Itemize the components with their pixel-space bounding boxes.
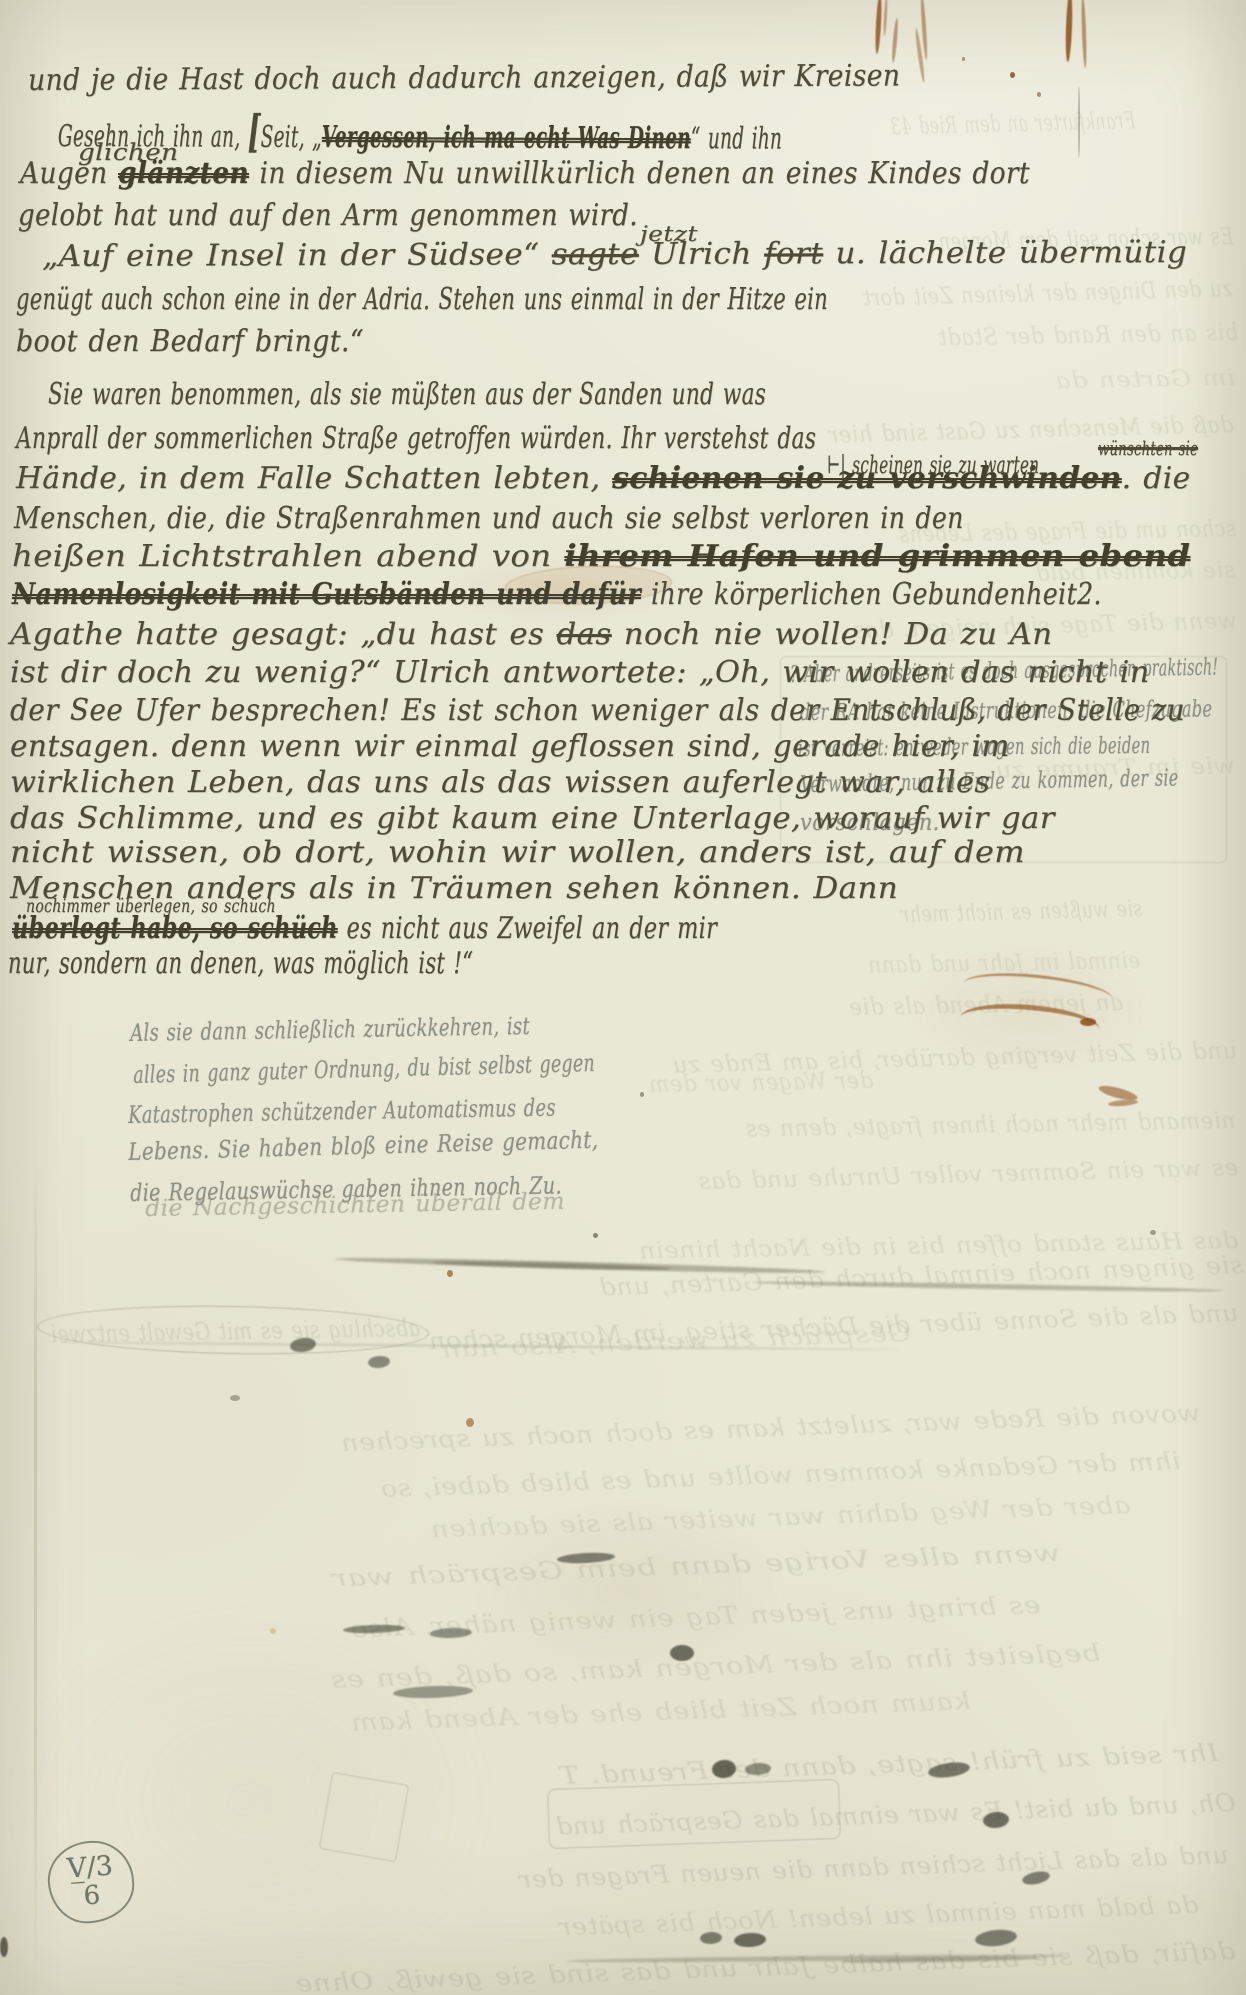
ink-handwritten-line: wünschten sie bbox=[1098, 437, 1198, 460]
handwriting-segment: nicht wissen, ob dort, wohin wir wollen,… bbox=[10, 835, 1025, 870]
struck-out-segment: Vergessen, ich ma echt Was Dinen bbox=[322, 120, 691, 156]
handwriting-segment: nur, sondern an denen, was möglich ist !… bbox=[8, 946, 473, 981]
struck-out-segment: ihrem Hafen und grimmen ebend bbox=[564, 539, 1190, 574]
ink-handwritten-line: nur, sondern an denen, was möglich ist !… bbox=[8, 947, 473, 982]
ink-handwritten-line: Anprall der sommerlichen Straße getroffe… bbox=[16, 422, 816, 457]
handwriting-segment: wovon die Rede war, zuletzt kam es doch … bbox=[340, 1399, 1201, 1457]
handwriting-segment: Katastrophen schützender Automatismus de… bbox=[128, 1094, 556, 1129]
struck-out-segment: überlegt habe, so schüch bbox=[12, 911, 338, 946]
handwriting-segment: Als sie dann schließlich zurückkehren, i… bbox=[130, 1012, 530, 1047]
bleedthrough-line: aber der Weg dahin war weiter als sie da… bbox=[430, 1492, 1131, 1544]
handwriting-segment: . die bbox=[1122, 461, 1191, 496]
paper-speck bbox=[962, 57, 965, 61]
ink-handwritten-line: gelobt hat und auf den Arm genommen wird… bbox=[18, 199, 638, 234]
ink-handwritten-line: das Schlimme, und es gibt kaum eine Unte… bbox=[10, 802, 1055, 837]
ink-handwritten-line: Sie waren benommen, als sie müßten aus d… bbox=[48, 378, 766, 413]
paper-speck bbox=[1037, 92, 1041, 97]
ink-handwritten-line: ist dir doch zu wenig?“ Ulrich antwortet… bbox=[10, 656, 1150, 691]
rust-foxing-streak bbox=[1081, 0, 1088, 68]
handwriting-segment: ihre körperlichen Gebundenheit2. bbox=[641, 577, 1102, 612]
paper-stain bbox=[0, 1600, 500, 1995]
handwriting-segment: Sie waren benommen, als sie müßten aus d… bbox=[48, 377, 766, 412]
pencil-smudge-mark bbox=[700, 1931, 723, 1944]
ink-handwritten-line: entsagen. denn wenn wir einmal geflossen… bbox=[10, 730, 1010, 765]
bleedthrough-line: Frankfurter an dem Ried 43 bbox=[890, 108, 1136, 141]
ink-handwritten-line: genügt auch schon eine in der Adria. Ste… bbox=[16, 283, 828, 318]
handwriting-segment: sie wußten es nicht mehr bbox=[900, 896, 1143, 928]
ink-handwritten-line: und je die Hast doch auch dadurch anzeig… bbox=[28, 59, 900, 98]
stamp-line-1: V̲/3 bbox=[66, 1853, 114, 1884]
paper-speck bbox=[593, 1233, 598, 1238]
pencil-smudge-mark bbox=[368, 1355, 391, 1369]
handwriting-segment: wirklichen Leben, das uns als das wissen… bbox=[10, 765, 990, 800]
paper-speck bbox=[230, 1395, 240, 1401]
faint-pencil-enclosure bbox=[319, 1772, 409, 1862]
handwriting-segment: aber der Weg dahin war weiter als sie da… bbox=[430, 1491, 1131, 1543]
handwriting-segment: im Garten da bbox=[1055, 366, 1236, 394]
bleedthrough-line: zu den Dingen der kleinen Zeit dort bbox=[863, 276, 1233, 312]
faint-pencil-enclosure bbox=[37, 1303, 430, 1358]
handwriting-segment: gelobt hat und auf den Arm genommen wird… bbox=[18, 198, 638, 233]
ink-handwritten-line: nicht wissen, ob dort, wohin wir wollen,… bbox=[10, 836, 1025, 871]
paper-speck bbox=[447, 1270, 453, 1277]
handwriting-segment: Ulrich bbox=[639, 236, 764, 271]
ink-handwritten-line: Augen glänzten in diesem Nu unwillkürlic… bbox=[20, 157, 1030, 192]
handwriting-segment: Lebens. Sie haben bloß eine Reise gemach… bbox=[128, 1126, 599, 1166]
handwriting-segment: ist dir doch zu wenig?“ Ulrich antwortet… bbox=[10, 655, 1150, 690]
bleedthrough-line: Ihr seid zu früh! sagte, dann der Freund… bbox=[559, 1740, 1219, 1791]
bleedthrough-line: bis an den Rand der Stadt bbox=[938, 320, 1239, 352]
paper-speck bbox=[466, 1418, 474, 1427]
handwriting-segment: entsagen. denn wenn wir einmal geflossen… bbox=[10, 729, 1010, 764]
rust-foxing-streak bbox=[891, 18, 899, 63]
struck-out-segment: fort bbox=[764, 236, 823, 271]
ink-handwritten-line: der See Ufer besprechen! Es ist schon we… bbox=[10, 694, 1185, 729]
rust-foxing-streak bbox=[1065, 0, 1073, 62]
struck-out-segment: sagte bbox=[552, 237, 639, 272]
handwriting-segment: Ihr seid zu früh! sagte, dann der Freund… bbox=[559, 1739, 1219, 1790]
handwriting-segment: genügt auch schon eine in der Adria. Ste… bbox=[16, 282, 828, 317]
handwriting-segment: es war ein Sommer voller Unruhe und das bbox=[698, 1155, 1239, 1195]
stamp-line-2: 6 bbox=[83, 1882, 101, 1910]
ink-handwritten-line: Menschen, die, die Straßenrahmen und auc… bbox=[14, 502, 964, 537]
paper-speck bbox=[1150, 1230, 1156, 1235]
ink-handwritten-line: „Auf eine Insel in der Südsee“ sagte Ulr… bbox=[42, 236, 1187, 274]
ink-handwritten-line: ⊢| scheinen sie zu warten bbox=[827, 452, 1039, 480]
struck-out-segment: glänzten bbox=[118, 156, 249, 191]
handwriting-segment: zu den Dingen der kleinen Zeit dort bbox=[863, 276, 1233, 312]
pencil-smudge-mark bbox=[0, 1937, 8, 1957]
pencil-smudge-mark bbox=[734, 1932, 767, 1948]
faint-pencil-enclosure bbox=[547, 1779, 841, 1849]
handwriting-segment: boot den Bedarf bringt.“ bbox=[16, 324, 364, 359]
rust-foxing-streak bbox=[874, 0, 882, 54]
manuscript-page: Frankfurter an dem Ried 43Es war schon s… bbox=[0, 0, 1246, 1995]
pencil-smudge-mark bbox=[670, 1645, 694, 1661]
bleedthrough-line: niemand mehr nach ihnen fragte, denn es bbox=[745, 1108, 1235, 1143]
handwriting-segment: Hände, in dem Falle Schatten lebten, bbox=[16, 461, 612, 496]
paper-speck bbox=[1078, 86, 1080, 158]
handwriting-segment: Seit‚ „ bbox=[261, 120, 322, 155]
handwriting-segment: Augen bbox=[20, 156, 118, 191]
rust-foxing-streak bbox=[883, 0, 888, 36]
struck-out-segment: das bbox=[556, 617, 611, 652]
handwriting-segment: u. lächelte übermütig bbox=[823, 235, 1187, 271]
handwriting-segment: [ bbox=[248, 106, 261, 158]
ink-handwritten-line: überlegt habe, so schüch es nicht aus Zw… bbox=[12, 912, 717, 947]
bleedthrough-line: der Wagen vor dem bbox=[648, 1068, 873, 1098]
bleedthrough-line: es war ein Sommer voller Unruhe und das bbox=[698, 1155, 1239, 1196]
ink-handwritten-line: Namenlosigkeit mit Gutsbänden und dafür … bbox=[12, 578, 1102, 613]
handwriting-segment: der See Ufer besprechen! Es ist schon we… bbox=[10, 693, 1185, 728]
pencil-smudge-mark bbox=[982, 1811, 1009, 1829]
handwriting-segment: in diesem Nu unwillkürlich denen an eine… bbox=[249, 156, 1030, 191]
handwriting-segment: “ und ihn bbox=[691, 121, 782, 156]
handwriting-segment: bis an den Rand der Stadt bbox=[938, 320, 1239, 351]
rust-foxing-streak bbox=[1108, 1099, 1138, 1108]
bleedthrough-line: im Garten da bbox=[1055, 366, 1236, 394]
handwriting-segment: „Auf eine Insel in der Südsee“ bbox=[42, 237, 552, 274]
ink-handwritten-line: wirklichen Leben, das uns als das wissen… bbox=[10, 766, 990, 801]
bleedthrough-line: sie wußten es nicht mehr bbox=[900, 896, 1143, 929]
ink-handwritten-line: heißen Lichtstrahlen abend von ihrem Haf… bbox=[12, 540, 1190, 575]
handwriting-segment: und je die Hast doch auch dadurch anzeig… bbox=[28, 58, 900, 98]
handwriting-segment: Frankfurter an dem Ried 43 bbox=[890, 108, 1136, 140]
handwriting-segment: es nicht aus Zweifel an der mir bbox=[338, 911, 717, 946]
ink-handwritten-line: Agathe hatte gesagt: „du hast es das noc… bbox=[10, 618, 1052, 653]
struck-out-segment: wünschten sie bbox=[1098, 436, 1198, 460]
pencil-paragraph-line: Als sie dann schließlich zurückkehren, i… bbox=[130, 1013, 530, 1048]
handwriting-segment: Agathe hatte gesagt: „du hast es bbox=[10, 617, 556, 652]
handwriting-segment: noch nie wollen! Da zu An bbox=[612, 617, 1053, 652]
pencil-paragraph-line: Lebens. Sie haben bloß eine Reise gemach… bbox=[128, 1127, 599, 1167]
handwriting-segment: niemand mehr nach ihnen fragte, denn es bbox=[745, 1108, 1235, 1143]
handwriting-segment: ⊢| scheinen sie zu warten bbox=[827, 451, 1039, 479]
handwriting-segment: Anprall der sommerlichen Straße getroffe… bbox=[16, 421, 816, 456]
handwriting-segment: heißen Lichtstrahlen abend von bbox=[12, 539, 564, 574]
paper-speck bbox=[270, 1628, 276, 1634]
struck-out-segment: Namenlosigkeit mit Gutsbänden und dafür bbox=[12, 577, 641, 612]
handwriting-segment: der Wagen vor dem bbox=[648, 1068, 873, 1098]
paper-speck bbox=[1010, 72, 1015, 78]
ink-handwritten-line: boot den Bedarf bringt.“ bbox=[16, 325, 364, 360]
handwriting-segment: alles in ganz guter Ordnung, du bist sel… bbox=[133, 1049, 595, 1089]
pencil-paragraph-line: Katastrophen schützender Automatismus de… bbox=[128, 1095, 556, 1130]
pencil-paragraph-line: alles in ganz guter Ordnung, du bist sel… bbox=[133, 1050, 595, 1090]
bleedthrough-line: wovon die Rede war, zuletzt kam es doch … bbox=[340, 1400, 1201, 1458]
paper-speck bbox=[640, 1092, 644, 1097]
handwriting-segment: Menschen, die, die Straßenrahmen und auc… bbox=[14, 501, 964, 536]
handwriting-segment: das Schlimme, und es gibt kaum eine Unte… bbox=[10, 801, 1055, 836]
